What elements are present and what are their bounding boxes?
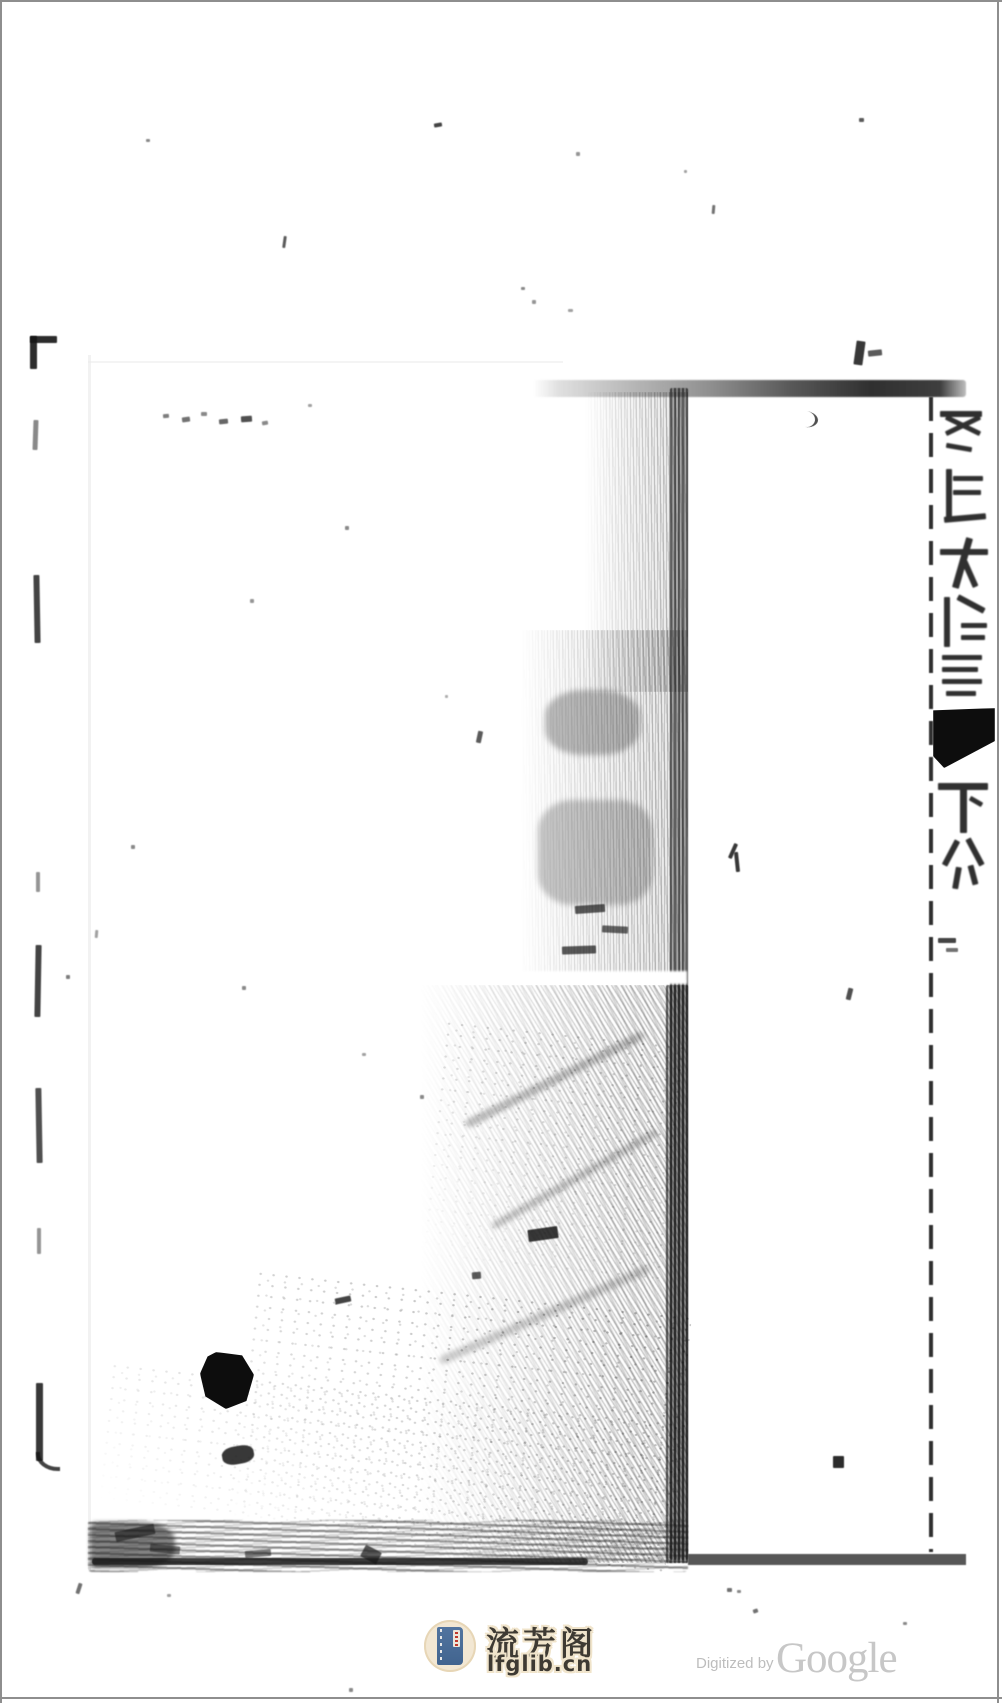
speck [903, 1622, 907, 1625]
speck [476, 731, 483, 744]
speck [360, 1545, 382, 1565]
speck [737, 1590, 741, 1593]
speck [349, 1688, 353, 1692]
speck [712, 205, 716, 214]
speck [250, 599, 254, 603]
speck [527, 1226, 558, 1242]
speck [245, 1549, 272, 1558]
speck [114, 1524, 155, 1542]
speck [568, 309, 573, 312]
speck [727, 1588, 732, 1592]
speck [859, 118, 864, 122]
speck [532, 300, 536, 304]
speck [167, 1594, 171, 1597]
speck [752, 1608, 758, 1613]
speck [445, 695, 448, 698]
speck [241, 416, 252, 423]
speck [308, 404, 312, 407]
speck [163, 414, 169, 419]
speck [472, 1272, 482, 1280]
speck [146, 139, 150, 142]
speck [182, 416, 191, 422]
speck [131, 845, 135, 849]
scanned-page: 流芳阁 lfglib.cn Digitized by Google [0, 0, 1002, 1703]
speck [521, 287, 525, 290]
scan-speckles [0, 0, 1002, 1703]
speck [833, 1456, 844, 1468]
speck [420, 1095, 424, 1099]
speck [150, 1543, 181, 1554]
speck [434, 122, 443, 127]
speck [846, 988, 854, 1001]
speck [66, 975, 70, 979]
speck [75, 1583, 82, 1595]
speck [219, 419, 228, 425]
speck [345, 526, 349, 530]
speck [262, 421, 269, 426]
speck [576, 152, 580, 156]
speck [362, 1053, 366, 1056]
speck [684, 170, 687, 173]
speck [242, 986, 246, 990]
speck [282, 236, 287, 248]
speck [95, 930, 99, 938]
speck [335, 1295, 352, 1304]
speck [201, 412, 207, 416]
